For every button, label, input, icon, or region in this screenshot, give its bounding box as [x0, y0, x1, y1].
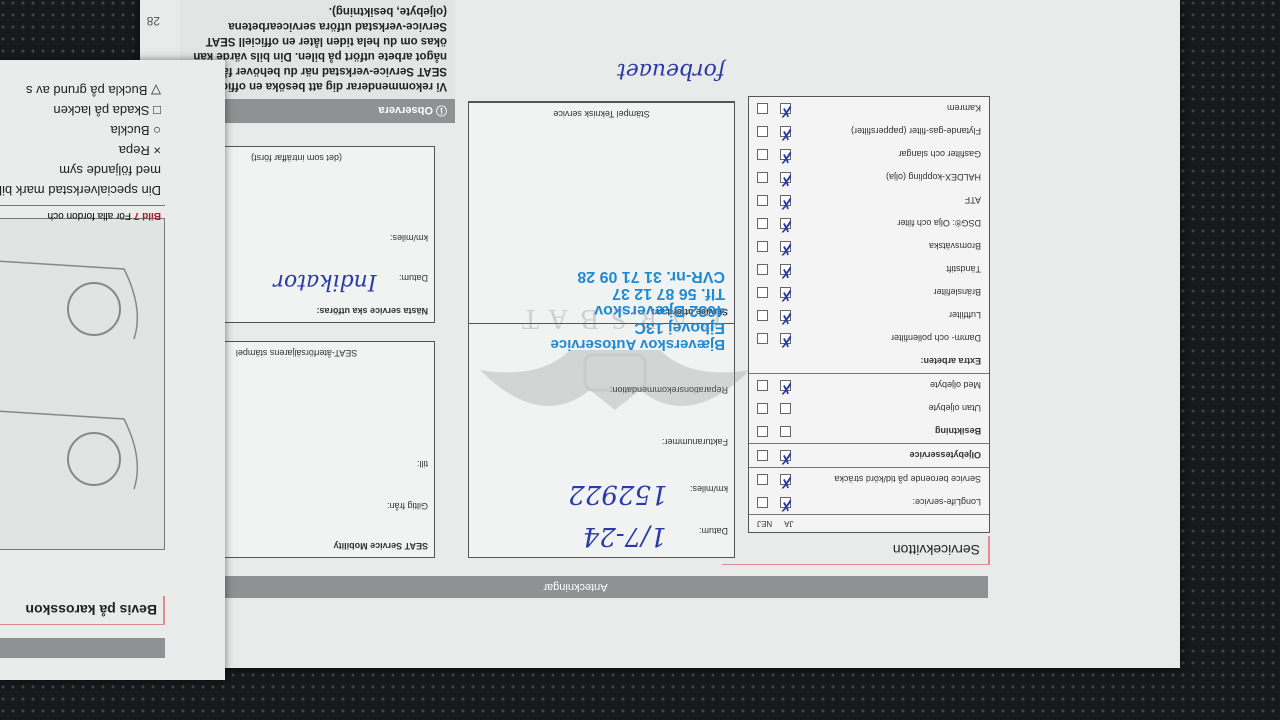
checklist-label: LongLife-service: — [803, 498, 981, 508]
checklist-label: Utan oljebyte — [803, 404, 981, 414]
checklist-label: Oljebytesservice — [803, 451, 981, 461]
checklist-label: Bränslefilter — [803, 288, 981, 298]
checklist-row: DSG®: Olja och filter — [749, 212, 989, 235]
stamp-cvr: CVR-nr. 31 71 09 28 — [465, 268, 725, 285]
datum-label: Datum: — [699, 526, 728, 536]
checkbox-ja[interactable] — [780, 241, 791, 252]
checkbox-ja[interactable] — [780, 403, 791, 414]
teknisk-label: Stämpel Teknisk service — [469, 102, 734, 125]
stamp-phone: Tlf. 56 87 12 37 — [465, 285, 725, 302]
checkbox-ja[interactable] — [780, 126, 791, 137]
checklist-label: HALDEX-koppling (olja) — [803, 173, 981, 183]
km-value: 152922 — [568, 479, 667, 509]
checklist-label: Extra arbeten: — [757, 357, 981, 367]
checklist-label: Damm- och pollenfilter — [803, 334, 981, 344]
section-title: Servicekvitton — [722, 536, 990, 565]
checkbox-ja[interactable] — [780, 218, 791, 229]
next-datum-value: Indikator — [273, 269, 376, 294]
checklist-label: ATF — [803, 196, 981, 206]
checklist-label: Bromsvätska — [803, 242, 981, 252]
checkbox-ja[interactable] — [780, 287, 791, 298]
checkbox-nej[interactable] — [757, 403, 768, 414]
checkbox-ja[interactable] — [780, 149, 791, 160]
checkbox-nej[interactable] — [757, 287, 768, 298]
checklist-row: Besiktning — [749, 420, 989, 444]
workshop-stamp: Bjæverskov Autoservice Ejbovej 13C 4632 … — [465, 268, 725, 353]
checkbox-nej[interactable] — [757, 172, 768, 183]
col-ja: JA — [784, 519, 793, 528]
service-page: Anteckningar Servicekvitton JA NEJ LongL… — [140, 0, 1180, 668]
checkbox-ja[interactable] — [780, 333, 791, 344]
checkbox-ja[interactable] — [780, 172, 791, 183]
checkbox-nej[interactable] — [757, 310, 768, 321]
intro-text: Din specialverkstad mark bilden med följ… — [0, 160, 161, 200]
figure-caption-text: För alla fordon och — [48, 210, 131, 221]
checkbox-ja[interactable] — [780, 103, 791, 114]
header-bar — [0, 638, 165, 658]
checklist-row: Utan oljebyte — [749, 397, 989, 420]
checklist-row: LongLife-service: — [749, 491, 989, 514]
checkbox-ja[interactable] — [780, 380, 791, 391]
checklist-label: DSG®: Olja och filter — [803, 219, 981, 229]
legend-item: ▽ Buckla på grund av s — [0, 80, 161, 100]
checkbox-ja[interactable] — [780, 426, 791, 437]
notes-bar: Anteckningar — [163, 576, 988, 598]
checklist-row: Flytande-gas-filter (pappersfilter) — [749, 120, 989, 143]
legend-text: Din specialverkstad mark bilden med följ… — [0, 80, 161, 200]
info-icon: ⓘ — [433, 104, 447, 116]
checklist-row: Extra arbeten: — [749, 350, 989, 374]
checklist-label: Tändstift — [803, 265, 981, 275]
checkbox-nej[interactable] — [757, 333, 768, 344]
checklist-row: Damm- och pollenfilter — [749, 327, 989, 350]
checkbox-ja[interactable] — [780, 264, 791, 275]
checklist-label: Service beroende på tid/körd sträcka — [803, 475, 981, 485]
checklist-row: ATF — [749, 189, 989, 212]
checklist-header: JA NEJ — [749, 514, 989, 532]
checklist-row: Service beroende på tid/körd sträcka — [749, 468, 989, 491]
checklist-row: Tändstift — [749, 258, 989, 281]
checklist-row: Kamrem — [749, 97, 989, 120]
checklist-row: Gasfilter och slangar — [749, 143, 989, 166]
checklist-label: Luftfilter — [803, 311, 981, 321]
service-checklist: JA NEJ LongLife-service:Service beroende… — [748, 96, 990, 533]
stamp-name: Bjæverskov Autoservice — [465, 336, 725, 353]
checkbox-nej[interactable] — [757, 103, 768, 114]
checklist-label: Flytande-gas-filter (pappersfilter) — [803, 127, 981, 137]
checkbox-nej[interactable] — [757, 450, 768, 461]
checkbox-nej[interactable] — [757, 264, 768, 275]
checkbox-ja[interactable] — [780, 195, 791, 206]
legend-item: ○ Buckla — [0, 120, 161, 140]
checkbox-ja[interactable] — [780, 474, 791, 485]
checkbox-nej[interactable] — [757, 126, 768, 137]
checkbox-ja[interactable] — [780, 310, 791, 321]
checklist-row: Med oljebyte — [749, 374, 989, 397]
stamp-city: 4632 Bjæverskov — [465, 302, 725, 319]
checkbox-nej[interactable] — [757, 474, 768, 485]
page-number: 28 — [147, 14, 160, 28]
handwritten-note: forbeuaet — [617, 58, 725, 83]
body-damage-page: Bevis på karosskon Bild 7 För alla fordo… — [0, 60, 225, 680]
checklist-label: Besiktning — [803, 427, 981, 437]
checkbox-nej[interactable] — [757, 241, 768, 252]
col-nej: NEJ — [757, 519, 772, 528]
checkbox-nej[interactable] — [757, 380, 768, 391]
observera-title: Observera — [379, 104, 433, 116]
checkbox-nej[interactable] — [757, 218, 768, 229]
legend-item: × Repa — [0, 140, 161, 160]
checkbox-ja[interactable] — [780, 450, 791, 461]
checklist-row: Bromsvätska — [749, 235, 989, 258]
checklist-label: Med oljebyte — [803, 381, 981, 391]
checklist-label: Kamrem — [803, 104, 981, 114]
next-datum-label: Datum: — [399, 273, 428, 283]
figure-tag: Bild 7 — [134, 210, 161, 221]
checkbox-nej[interactable] — [757, 497, 768, 508]
legend-item: □ Skada på lacken — [0, 100, 161, 120]
checkbox-nej[interactable] — [757, 195, 768, 206]
checklist-row: Bränslefilter — [749, 281, 989, 304]
checkbox-ja[interactable] — [780, 497, 791, 508]
datum-value: 1/7-24 — [583, 521, 667, 551]
figure-caption: Bild 7 För alla fordon och — [0, 205, 165, 225]
checklist-row: Luftfilter — [749, 304, 989, 327]
checklist-row: Oljebytesservice — [749, 444, 989, 468]
car-outline-icon — [0, 219, 164, 549]
booklet-scene: Anteckningar Servicekvitton JA NEJ LongL… — [0, 0, 1280, 720]
bevis-title: Bevis på karosskon — [0, 596, 165, 625]
car-diagram — [0, 218, 165, 550]
checkbox-nej[interactable] — [757, 149, 768, 160]
reparation-label: Reparationsrekommendation: — [469, 379, 734, 401]
checklist-row: HALDEX-koppling (olja) — [749, 166, 989, 189]
km-label: km/miles: — [690, 484, 728, 494]
checkbox-nej[interactable] — [757, 426, 768, 437]
checklist-label: Gasfilter och slangar — [803, 150, 981, 160]
faktura-label: Fakturanummer: — [469, 431, 734, 453]
stamp-street: Ejbovej 13C — [465, 319, 725, 336]
